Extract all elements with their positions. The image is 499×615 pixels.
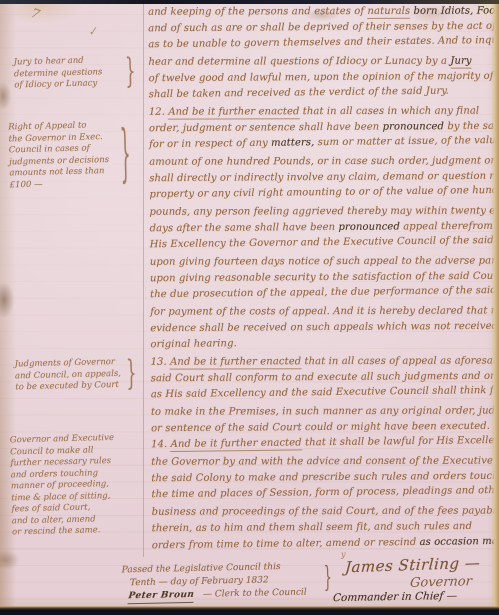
scan-edge-top: [0, 0, 499, 4]
ink-mark: 7: [29, 6, 42, 23]
text-segment: that in all cases of appeal as aforesaid…: [301, 356, 499, 368]
manuscript-line: shall be taken and received as the verdi…: [149, 83, 498, 104]
manuscript-line: the time and places of Session, form of …: [151, 483, 499, 504]
text-segment: amount of one hundred Pounds, or in case…: [149, 155, 499, 167]
text-segment: Jury: [450, 56, 471, 69]
governor-signature: James Stirling —: [344, 554, 481, 577]
margin-rule: [143, 0, 144, 557]
text-segment: that in all cases in which any final: [299, 106, 479, 118]
manuscript-line: amount of one hundred Pounds, or in case…: [149, 154, 498, 172]
under-page-edge: [491, 0, 499, 615]
text-segment: naturals: [367, 6, 410, 19]
text-segment: upon giving fourteen days notice of such…: [150, 255, 499, 267]
manuscript-line: and keeping of the persons and estates o…: [148, 4, 497, 22]
text-segment: 13.: [151, 357, 171, 368]
text-segment: days after the same shall have been: [150, 222, 339, 234]
text-segment: therein, as to him and them shall seem f…: [152, 521, 472, 534]
text-segment: 14.: [151, 439, 171, 450]
text-segment: the time and places of Session, form of …: [151, 485, 499, 500]
manuscript-line: for or in respect of any matters, sum or…: [149, 133, 498, 154]
margin-note: Judgments of Governorand Council, on app…: [15, 357, 132, 394]
text-segment: said Court shall conform to and execute …: [151, 370, 499, 384]
manuscript-line: the due prosecution of the appeal, the d…: [150, 283, 499, 304]
text-segment: and of such as are or shall be deprived …: [148, 20, 499, 34]
attestation-block: Passed the Legislative Council this Tent…: [122, 560, 353, 604]
text-segment: original hearing.: [150, 339, 237, 351]
text-segment: born Idiots, Fools: [413, 5, 499, 16]
text-segment: upon giving reasonable security to the s…: [150, 270, 499, 284]
margin-note-line: to be executed by Court: [15, 380, 131, 394]
ink-mark: ✓: [87, 24, 99, 39]
commander-in-chief-title: Commander in Chief —: [332, 590, 457, 604]
text-segment: pounds, any person feeling aggrieved the…: [150, 206, 499, 218]
text-segment: as His said Excellency and the said Exec…: [151, 385, 499, 400]
text-segment: as to be unable to govern themselves and…: [148, 35, 499, 50]
text-segment: pronounced: [383, 121, 445, 132]
clerk-signature: Peter Broun: [127, 589, 194, 604]
manuscript-line: 14. And be it further enacted that it sh…: [151, 433, 499, 454]
text-segment: the said Colony to make and prescribe su…: [151, 470, 499, 484]
text-segment: appeal therefrom to: [400, 220, 499, 232]
text-segment: hear and determine all questions of Idio…: [148, 56, 450, 68]
manuscript-line: property or any civil right amounting to…: [149, 183, 498, 204]
text-segment: 12.: [149, 107, 169, 118]
text-segment: His Excellency the Governor and the Exec…: [150, 235, 499, 251]
text-segment: for payment of the costs of appeal. And …: [150, 306, 499, 318]
text-segment: for or in respect of any: [149, 138, 271, 150]
manuscript-line: 12. And be it further enacted that in al…: [149, 104, 498, 122]
text-segment: property or any civil right amounting to…: [149, 185, 499, 200]
text-segment: pronounced: [338, 221, 400, 232]
text-segment: And be it further enacted: [168, 106, 299, 119]
text-segment: the Governor by and with the advice and …: [151, 455, 499, 467]
text-segment: and keeping of the persons and estates o…: [148, 6, 367, 18]
text-segment: business and proceedings of the said Cou…: [152, 506, 499, 518]
manuscript-line: the Governor by and with the advice and …: [151, 454, 499, 472]
text-segment: And be it further enacted: [171, 438, 302, 453]
manuscript-line: business and proceedings of the said Cou…: [152, 504, 499, 522]
manuscript-line: as to be unable to govern themselves and…: [148, 33, 497, 54]
text-segment: of twelve good and lawful men, upon the …: [149, 70, 499, 84]
text-segment: or sentence of the said Court could or m…: [151, 421, 490, 434]
text-segment: as occasion may require.: [420, 535, 499, 548]
manuscript-line: original hearing.: [150, 333, 499, 354]
text-segment: shall be taken and received as the verdi…: [149, 86, 449, 101]
text-segment: And be it further enacted: [170, 356, 301, 369]
brace-mark: }: [126, 364, 137, 384]
text-segment: matters,: [271, 138, 314, 150]
clerk-title: — Clerk to the Council: [203, 588, 307, 600]
manuscript-line: hear and determine all questions of Idio…: [148, 54, 497, 72]
governor-title: Governor: [409, 574, 472, 591]
text-segment: orders from time to time to alter, amend…: [152, 536, 420, 550]
text-segment: to make in the Premises, in such manner …: [151, 406, 499, 418]
manuscript-page: Jury to hear anddetermine questionsof Id…: [0, 0, 499, 615]
manuscript-line: 13. And be it further enacted that in al…: [151, 354, 499, 372]
manuscript-line: upon giving fourteen days notice of such…: [150, 254, 499, 272]
manuscript-line: to make in the Premises, in such manner …: [151, 404, 499, 422]
margin-note-line: £100 —: [10, 177, 126, 191]
margin-note: Right of Appeal tothe Governor in Exec.C…: [8, 120, 126, 192]
margin-note: Jury to hear anddetermine questionsof Id…: [14, 55, 131, 92]
manuscript-line: pounds, any person feeling aggrieved the…: [150, 204, 499, 222]
margin-note-line: of Idiocy or Lunacy: [14, 78, 130, 92]
manuscript-line: for payment of the costs of appeal. And …: [150, 304, 499, 322]
text-segment: order, judgment or sentence shall have b…: [149, 121, 383, 134]
text-segment: evidence shall be received on such appea…: [150, 320, 499, 334]
margin-note-line: or rescind the same.: [12, 525, 128, 539]
manuscript-line: His Excellency the Governor and the Exec…: [150, 233, 499, 254]
text-segment: shall directly or indirectly involve any…: [149, 170, 499, 184]
text-segment: sum or matter at issue, of the value or: [314, 135, 499, 148]
manuscript-line: orders from time to time to alter, amend…: [152, 533, 499, 554]
margin-note: Governor and ExecutiveCouncil to make al…: [10, 433, 128, 539]
brace-mark: }: [125, 62, 136, 82]
main-text: and keeping of the persons and estates o…: [148, 2, 499, 555]
text-segment: the due prosecution of the appeal, the d…: [150, 285, 499, 301]
brace-mark: }: [323, 565, 332, 589]
brace-mark: }: [120, 136, 131, 172]
manuscript-line: as His said Excellency and the said Exec…: [151, 383, 499, 404]
scan-edge-bottom: [0, 606, 499, 615]
text-segment: that it shall be lawful for His Excellen…: [302, 435, 499, 449]
